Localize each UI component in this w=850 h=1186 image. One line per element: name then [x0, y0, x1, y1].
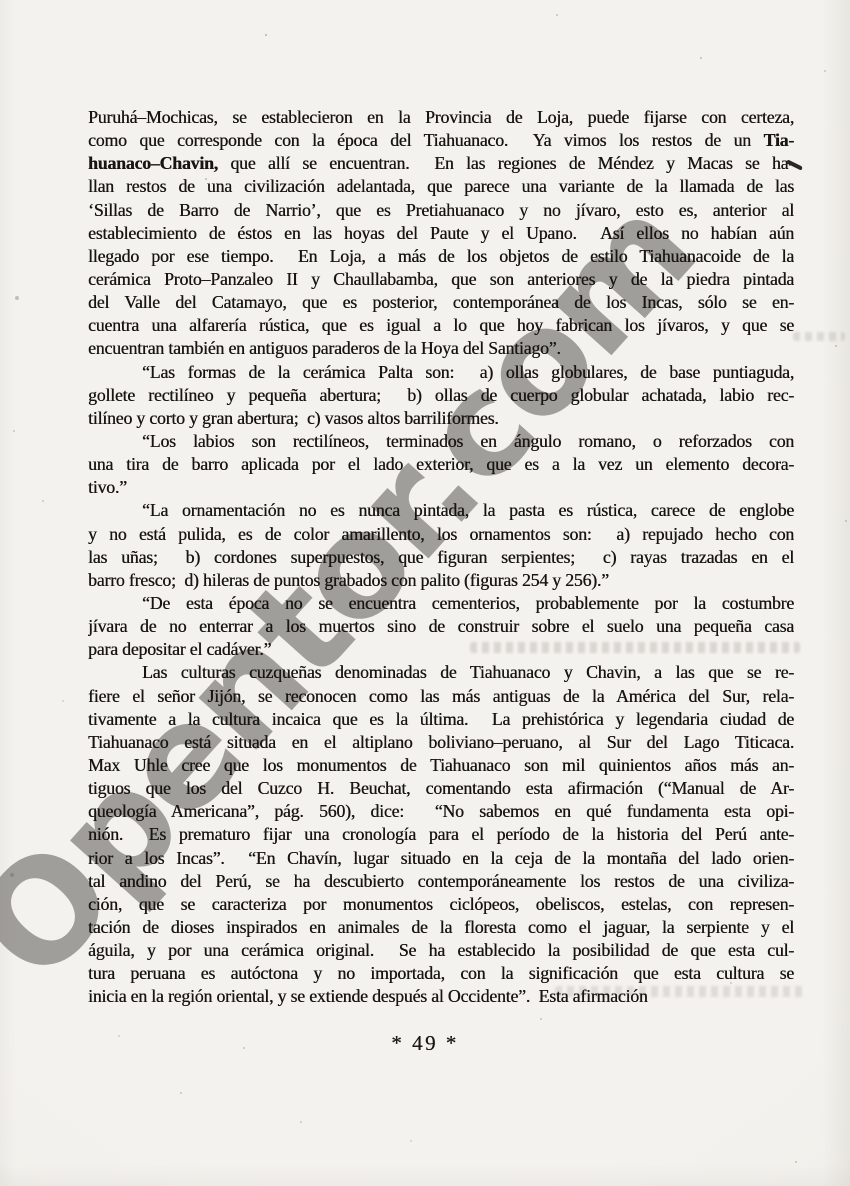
paragraph: “Los labios son rectilíneos, terminados …	[88, 430, 794, 499]
text-run: Las culturas cuzqueñas denominadas de Ti…	[142, 662, 794, 682]
text-line: tilíneo y corto y gran abertura; c) vaso…	[88, 407, 794, 430]
text-run: queología Americana”, pág. 560), dice: “…	[88, 801, 794, 821]
paragraph: Puruhá–Mochicas, se establecieron en la …	[88, 106, 794, 361]
text-run: que allí se encuentran. En las regiones …	[218, 153, 794, 173]
text-line: y no está pulida, es de color amarillent…	[88, 523, 794, 546]
text-run: gollete rectilíneo y pequeña abertura; b…	[88, 385, 794, 405]
text-line: del Valle del Catamayo, que es posterior…	[88, 291, 794, 314]
text-line: tura peruana es autóctona y no importada…	[88, 962, 794, 985]
text-line: Puruhá–Mochicas, se establecieron en la …	[88, 106, 794, 129]
text-line: encuentran también en antiguos paraderos…	[88, 337, 794, 360]
text-run: “Los labios son rectilíneos, terminados …	[142, 431, 794, 451]
text-line: Max Uhle cree que los monumentos de Tiah…	[88, 754, 794, 777]
scan-noise-speckles	[0, 0, 2, 2]
bleed-through-ghost	[793, 332, 845, 341]
text-run: y no está pulida, es de color amarillent…	[88, 524, 794, 544]
text-line: Tiahuanaco está situada en el altiplano …	[88, 731, 794, 754]
text-run: como que corresponde con la época del Ti…	[88, 130, 764, 150]
text-run: águila, y por una cerámica original. Se …	[88, 940, 794, 960]
text-run: Tiahuanaco está situada en el altiplano …	[88, 732, 794, 752]
text-line: para depositar el cadáver.”	[88, 638, 794, 661]
text-run: Puruhá–Mochicas, se establecieron en la …	[88, 107, 794, 127]
text-line: llegado por ese tiempo. En Loja, a más d…	[88, 245, 794, 268]
text-run: Max Uhle cree que los monumentos de Tiah…	[88, 755, 794, 775]
text-run: cuentra una alfarería rústica, que es ig…	[88, 315, 794, 335]
text-line: fiere el señor Jijón, se reconocen como …	[88, 685, 794, 708]
text-line: llan restos de una civilización adelanta…	[88, 175, 794, 198]
text-run: encuentran también en antiguos paraderos…	[88, 338, 561, 358]
text-line: cuentra una alfarería rústica, que es ig…	[88, 314, 794, 337]
text-line: cerámica Proto–Panzaleo II y Chaullabamb…	[88, 268, 794, 291]
text-run: llan restos de una civilización adelanta…	[88, 176, 794, 196]
text-line: una tira de barro aplicada por el lado e…	[88, 453, 794, 476]
text-run: rior a los Incas”. “En Chavín, lugar sit…	[88, 848, 794, 868]
text-run: del Valle del Catamayo, que es posterior…	[88, 292, 794, 312]
paragraph: “Las formas de la cerámica Palta son: a)…	[88, 361, 794, 430]
text-line: barro fresco; d) hileras de puntos graba…	[88, 569, 794, 592]
text-line: establecimiento de éstos en las hoyas de…	[88, 222, 794, 245]
text-run: ‘Sillas de Barro de Narrio’, que es Pret…	[88, 200, 794, 220]
text-line: rior a los Incas”. “En Chavín, lugar sit…	[88, 847, 794, 870]
text-line: inicia en la región oriental, y se extie…	[88, 985, 794, 1008]
text-run: tal andino del Perú, se ha descubierto c…	[88, 871, 794, 891]
text-run: tivo.”	[88, 477, 127, 497]
page-number: * 49 *	[0, 1031, 850, 1056]
text-run: huanaco–Chavin,	[88, 153, 218, 173]
text-run: para depositar el cadáver.”	[88, 639, 271, 659]
text-run: tivamente a la cultura incaica que es la…	[88, 709, 794, 729]
text-run: tiguos que los del Cuzco H. Beuchat, com…	[88, 778, 794, 798]
scanned-page: Opentor.com Puruhá–Mochicas, se establec…	[0, 0, 850, 1186]
text-run: nión. Es prematuro fijar una cronología …	[88, 824, 794, 844]
text-line: ción, que se caracteriza por monumentos …	[88, 893, 794, 916]
text-run: tación de dioses inspirados en animales …	[88, 917, 794, 937]
text-line: tación de dioses inspirados en animales …	[88, 916, 794, 939]
text-run: Tia-	[764, 130, 795, 150]
text-line: tiguos que los del Cuzco H. Beuchat, com…	[88, 777, 794, 800]
paragraph: “La ornamentación no es nunca pintada, l…	[88, 499, 794, 592]
text-line: nión. Es prematuro fijar una cronología …	[88, 823, 794, 846]
text-run: “La ornamentación no es nunca pintada, l…	[142, 500, 794, 520]
text-run: barro fresco; d) hileras de puntos graba…	[88, 570, 609, 590]
text-line: tal andino del Perú, se ha descubierto c…	[88, 870, 794, 893]
text-run: una tira de barro aplicada por el lado e…	[88, 454, 794, 474]
text-line: águila, y por una cerámica original. Se …	[88, 939, 794, 962]
text-line: ‘Sillas de Barro de Narrio’, que es Pret…	[88, 199, 794, 222]
text-line: Las culturas cuzqueñas denominadas de Ti…	[88, 661, 794, 684]
text-line: tivo.”	[88, 476, 794, 499]
text-line: “Las formas de la cerámica Palta son: a)…	[88, 361, 794, 384]
text-run: “Las formas de la cerámica Palta son: a)…	[142, 362, 794, 382]
text-run: las uñas; b) cordones superpuestos, que …	[88, 547, 794, 567]
text-run: tura peruana es autóctona y no importada…	[88, 963, 794, 983]
text-line: huanaco–Chavin, que allí se encuentran. …	[88, 152, 794, 175]
text-line: “De esta época no se encuentra cementeri…	[88, 592, 794, 615]
text-run: fiere el señor Jijón, se reconocen como …	[88, 686, 794, 706]
text-line: tivamente a la cultura incaica que es la…	[88, 708, 794, 731]
text-run: establecimiento de éstos en las hoyas de…	[88, 223, 794, 243]
text-line: como que corresponde con la época del Ti…	[88, 129, 794, 152]
text-run: “De esta época no se encuentra cementeri…	[142, 593, 794, 613]
text-line: las uñas; b) cordones superpuestos, que …	[88, 546, 794, 569]
text-line: “La ornamentación no es nunca pintada, l…	[88, 499, 794, 522]
paragraph: “De esta época no se encuentra cementeri…	[88, 592, 794, 661]
text-line: “Los labios son rectilíneos, terminados …	[88, 430, 794, 453]
text-line: queología Americana”, pág. 560), dice: “…	[88, 800, 794, 823]
text-block: Puruhá–Mochicas, se establecieron en la …	[88, 106, 794, 1008]
text-run: ción, que se caracteriza por monumentos …	[88, 894, 794, 914]
paragraph: Las culturas cuzqueñas denominadas de Ti…	[88, 661, 794, 1008]
text-run: tilíneo y corto y gran abertura; c) vaso…	[88, 408, 499, 428]
text-line: gollete rectilíneo y pequeña abertura; b…	[88, 384, 794, 407]
text-run: cerámica Proto–Panzaleo II y Chaullabamb…	[88, 269, 794, 289]
text-run: inicia en la región oriental, y se extie…	[88, 986, 648, 1006]
text-line: jívara de no enterrar a los muertos sino…	[88, 615, 794, 638]
text-run: llegado por ese tiempo. En Loja, a más d…	[88, 246, 794, 266]
text-run: jívara de no enterrar a los muertos sino…	[88, 616, 794, 636]
